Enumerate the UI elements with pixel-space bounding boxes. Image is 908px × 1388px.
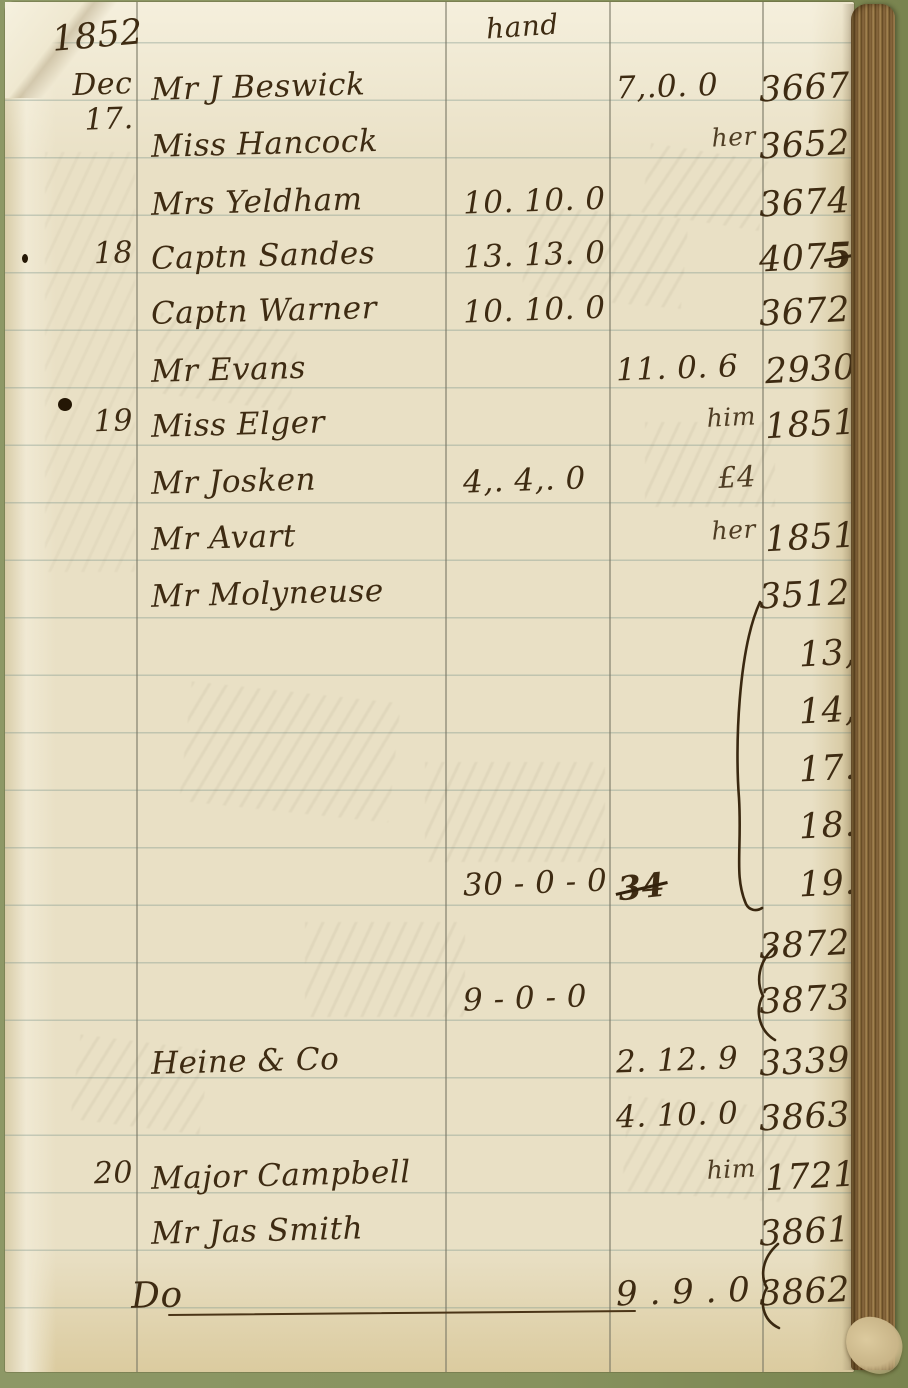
entry-name: Miss Hancock <box>151 121 452 165</box>
entry-amount: 2. 12. 9 <box>615 1040 758 1081</box>
margin-note: him <box>615 1153 756 1189</box>
entry-amount: 11. 0. 6 <box>615 348 758 389</box>
ledger-row: Do 9 . 9 . 0 3862. <box>5 1272 854 1330</box>
entry-name: Mr Jas Smith <box>151 1208 452 1252</box>
ledger-row: 3872. <box>5 925 854 983</box>
ledger-row: Captn Warner 10. 10. 0 3672. <box>5 292 854 350</box>
entry-name: Major Campbell <box>151 1153 452 1197</box>
ledger-row: Miss Hancock her 3652. <box>5 125 854 183</box>
entry-amount: 10. 10. 0 <box>462 180 613 221</box>
scanned-ledger-photo: 1852 hand Dec 17. Mr J Beswick 7,.0. 0 3… <box>0 0 908 1388</box>
entry-amount: 9 . 9 . 0 <box>615 1270 758 1315</box>
margin-note: her <box>615 514 756 550</box>
entry-amount: 30 - 0 - 0 <box>462 862 613 903</box>
entry-name: Heine & Co <box>151 1038 452 1082</box>
ledger-row: 9 - 0 - 0 3873. <box>5 980 854 1038</box>
struck-amount: 34 <box>616 865 667 909</box>
ditto-mark: Do <box>131 1268 432 1317</box>
entry-amount: 13. 13. 0 <box>462 234 613 275</box>
entry-name: Mr Molyneuse <box>151 571 452 615</box>
entry-name: Mr Avart <box>151 514 452 558</box>
entry-name: Mr J Beswick <box>151 64 452 108</box>
entry-name: Mr Josken <box>151 458 452 502</box>
ledger-row: Mr Josken 4,. 4,. 0 £4 <box>5 462 854 520</box>
entry-date: 18 <box>18 235 133 274</box>
entry-amount: 9 - 0 - 0 <box>462 977 613 1018</box>
ledger-row: Mr Jas Smith 3861. <box>5 1212 854 1270</box>
ledger-row: 4. 10. 0 3863. <box>5 1097 854 1155</box>
entry-date: 20 <box>18 1155 133 1194</box>
group-brace-icon <box>748 944 780 1044</box>
margin-note: her <box>615 121 756 157</box>
year-heading: 1852 <box>50 12 144 60</box>
ledger-row: Heine & Co 2. 12. 9 3339. <box>5 1042 854 1100</box>
ledger-row: Dec 17. Mr J Beswick 7,.0. 0 3667. <box>5 68 854 126</box>
group-brace-icon <box>722 598 774 920</box>
entry-date: 19 <box>18 403 133 442</box>
entry-name: Miss Elger <box>151 401 452 445</box>
entry-amount: 4,. 4,. 0 <box>462 459 613 500</box>
book-fore-edge <box>851 4 895 1370</box>
entry-amount: 4. 10. 0 <box>615 1095 758 1136</box>
margin-note: £4 <box>615 458 783 501</box>
entry-amount: 10. 10. 0 <box>462 289 613 330</box>
entry-amount: 7,.0. 0 <box>615 66 758 107</box>
entry-name: Mrs Yeldham <box>151 179 452 223</box>
margin-note: him <box>615 401 756 437</box>
group-brace-icon <box>752 1240 784 1332</box>
ledger-row: 19 Miss Elger him 1851 <box>5 405 854 463</box>
entry-name: Captn Warner <box>151 288 452 332</box>
ledger-number: 407 <box>758 237 828 281</box>
ledger-row: Mrs Yeldham 10. 10. 0 3674. <box>5 183 854 241</box>
entry-name: Mr Evans <box>151 346 452 390</box>
ledger-row: Mr Avart her 1851 <box>5 518 854 576</box>
entry-name: Captn Sandes <box>151 233 452 277</box>
ledger-row: 18 Captn Sandes 13. 13. 0 40755. <box>5 237 854 295</box>
column-heading: hand <box>485 8 560 46</box>
ledger-row: Mr Evans 11. 0. 6 2930 <box>5 350 854 408</box>
ledger-row: 20 Major Campbell him 1721 <box>5 1157 854 1215</box>
